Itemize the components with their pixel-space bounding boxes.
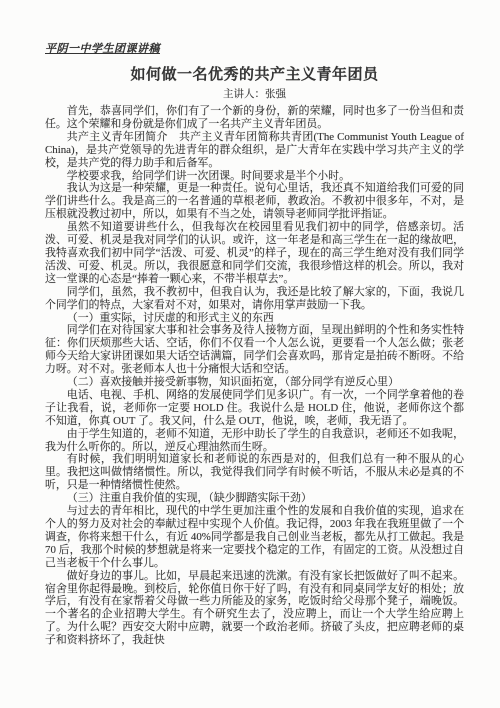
paragraph: 与过去的青年相比，现代的中学生更加注重个性的发展和自我价值的实现，追求在个人的努… <box>45 505 464 570</box>
paragraph: 由于学生知道的，老师不知道，无形中助长了学生的自我意识，老师还不如我呢，我为什么… <box>45 428 464 454</box>
paragraph: 共产主义青年团简介 共产主义青年团简称共青团(The Communist You… <box>45 131 464 170</box>
paragraph: 有时候，我们明明知道家长和老师说的东西是对的，但我们总有一种不服从的心里。我把这… <box>45 453 464 492</box>
page-title: 如何做一名优秀的共产主义青年团员 <box>45 65 464 85</box>
paragraph: 电话、电视、手机、网络的发展使同学们见多识广。有一次，一个同学拿着他的卷子让我看… <box>45 389 464 428</box>
paragraph: 做好身边的事儿。比如，早晨起来迅速的洗漱。有没有家长把饭做好了叫不起来。宿舍里你… <box>45 570 464 647</box>
paragraph: 同学们在对待国家大事和社会事务及待人接物方面，呈现出鲜明的个性和务实性特征：你们… <box>45 324 464 376</box>
document-page: 平阴一中学生团课讲稿 如何做一名优秀的共产主义青年团员 主讲人：张强 首先，恭喜… <box>0 0 500 708</box>
header-note: 平阴一中学生团课讲稿 <box>45 42 464 56</box>
paragraph: 学校要求我，给同学们讲一次团课。时间要求是半个小时。 <box>45 170 464 183</box>
speaker-line: 主讲人：张强 <box>45 88 464 102</box>
paragraph: （三）注重自我价值的实现，（缺少脚踏实际干劲） <box>45 492 464 505</box>
paragraph: 首先，恭喜同学们，你们有了一个新的身份，新的荣耀，同时也多了一份当但和责任。这个… <box>45 105 464 131</box>
paragraph: （一）重实际，讨厌虚的和形式主义的东西 <box>45 312 464 325</box>
paragraph: 我认为这是一种荣耀，更是一种责任。说句心里话，我还真不知道给我们可爱的同学们讲些… <box>45 182 464 221</box>
paragraph: 虽然不知道要讲些什么，但我每次在校园里看见我们初中的同学，倍感亲切。活泼、可爱、… <box>45 221 464 286</box>
paragraph: （二）喜欢接触并接受新事物，知识面拓宽，（部分同学有逆反心里） <box>45 376 464 389</box>
paragraph: 同学们，虽然，我不教初中，但我自认为，我还是比较了解大家的，下面，我说几个同学们… <box>45 286 464 312</box>
document-body: 首先，恭喜同学们，你们有了一个新的身份，新的荣耀，同时也多了一份当但和责任。这个… <box>45 105 464 647</box>
